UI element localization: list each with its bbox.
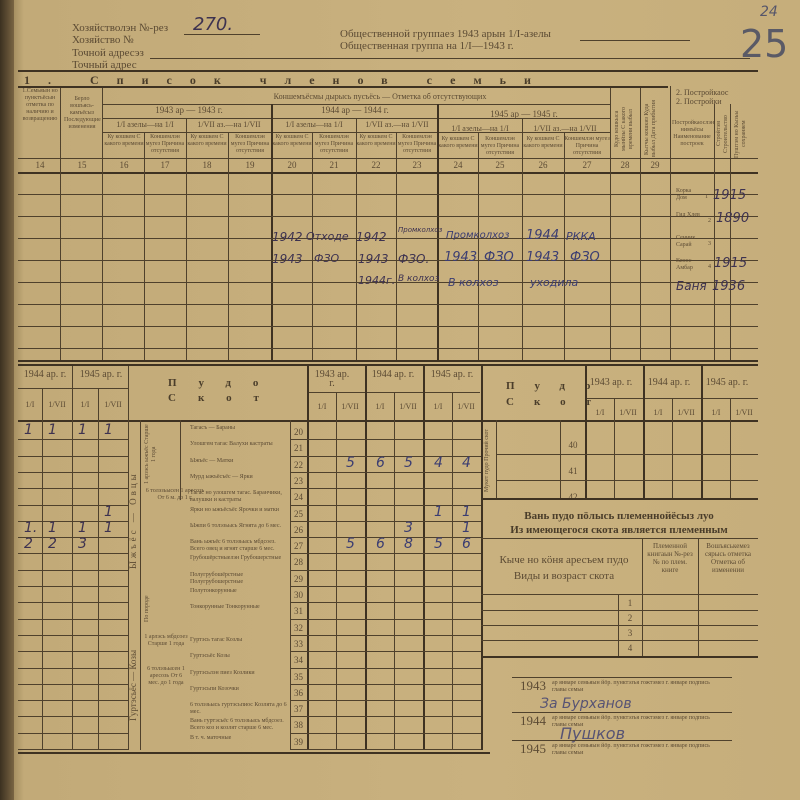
ls-left-1944: 1944 ар. г. <box>20 370 70 379</box>
ls-left-row-27-p2: 2 <box>48 536 57 552</box>
ls-mid-row-27-p3: 6 <box>376 536 385 552</box>
ls-row-25-no: 25 <box>290 509 307 519</box>
sign-1943-text: ар январе семьяын йӧр. пунктэзъя гожтэме… <box>552 680 722 694</box>
ls-row-34-label: Гуртэсьёс Козы <box>190 653 288 660</box>
ls-right-p4: 1/VII <box>672 408 700 417</box>
col29-label: Кытчы кошкиз Куда выбыл Дата прибытия <box>644 100 658 158</box>
book-spine <box>0 0 14 800</box>
ls-row-31-no: 31 <box>290 606 307 616</box>
building-3-no: 3 <box>708 241 711 248</box>
household-register-page: Хозяйстволэн №-рез 270. Хозяйство № Точн… <box>0 0 800 800</box>
col18-label: Ку кошкем С какого времени <box>186 134 228 148</box>
ls-mid-row-25-p5: 1 <box>434 504 443 520</box>
ls-left-row-26-p3: 1 <box>78 520 87 536</box>
ls-mid-p5: 1/I <box>424 402 452 411</box>
col27-label: Коншемлэн мугез Причина отсутствия <box>564 136 610 157</box>
household-no-label-udm: Хозяйстволэн №-рез <box>72 22 168 34</box>
ls-row-37-no: 37 <box>290 704 307 714</box>
col29-no: 29 <box>640 160 670 170</box>
ls-row-32-no: 32 <box>290 623 307 633</box>
building-1-no: 1 <box>705 194 708 201</box>
col25-no: 25 <box>478 160 522 170</box>
entry-row3-c20: 1942 <box>272 230 303 244</box>
entry-row3-c22: 1942 <box>356 230 387 244</box>
col22-no: 22 <box>356 160 396 170</box>
ls-row-26-no: 26 <box>290 525 307 535</box>
entry-row4-c24: 1943 <box>444 250 477 265</box>
ls-row-24-no: 24 <box>290 492 307 502</box>
col15-header: Берло вошъясь-камъёсыз Последующие измен… <box>64 96 100 131</box>
ls-group-sheep: Ыжъёс — Овцы <box>130 440 140 600</box>
ls-row-30-label: Полутонкорунные <box>190 588 288 595</box>
ls-group-goats: Гуртэсьёс — Козы <box>130 620 140 750</box>
ls-row-34-no: 34 <box>290 655 307 665</box>
section2-col-label: Постройкаослэн нимъёсы Наименование пост… <box>672 120 712 148</box>
entry-row5-c22: 1944г. <box>358 274 395 287</box>
entry-row4-c22: 1943 <box>358 252 389 266</box>
ls-right-side-label: Мукет пудо Прочий скот <box>484 424 496 496</box>
entry-row4-c21: ФЗО <box>314 252 339 265</box>
ls-row-36-no: 36 <box>290 688 307 698</box>
col20-label: Ку кошкем С какого времени <box>272 134 312 148</box>
absent-header: Коншемъёсмы дырысь пусъёсь — Отметка об … <box>230 92 530 101</box>
ls-mid-row-26-p6: 1 <box>462 520 471 536</box>
household-no-value: 270. <box>193 14 233 35</box>
col24-label: Ку кошкем С какого времени <box>438 136 478 150</box>
ls-left-row-20-p4: 1 <box>104 422 113 438</box>
building-2-no: 2 <box>708 218 711 225</box>
ls-right-1943: 1943 ар. г. <box>586 378 636 387</box>
ls-row-20-label: Тагасъ — Бараны <box>190 425 288 432</box>
col28-label: Кудо кошкыса мынӥзы С какого времени выб… <box>614 100 628 158</box>
ls-right-1945: 1945 ар. г. <box>702 378 752 387</box>
ls-sub-goats-6m: 6 толэзьысен 1 аресозь От 6 мес. до 1 го… <box>144 666 188 687</box>
ls-row-21-label: Улошгем тагас Валухи кастраты <box>190 441 288 448</box>
col16-no: 16 <box>104 160 144 170</box>
building-1-name: Корка Дом <box>676 188 700 202</box>
ls-row-39-label: В т. ч. маточные <box>190 735 288 742</box>
ls-row-38-label: Вань гуртэсьёс 6 толэзьысь мбдсоез. Всег… <box>190 718 288 732</box>
ls-row-28-label: Грубошёрстныелэн Грубошерстные <box>190 555 288 562</box>
building-4-year: 1915 <box>714 256 747 271</box>
ls-row-35-label: Гуртэсьлэн пиез Козлики <box>190 670 288 677</box>
col25-label: Коншемлэн мугез Причина отсутствия <box>478 136 522 157</box>
col23-no: 23 <box>396 160 438 170</box>
col14-header: 1.Семьяын но пунктъёсын отметка по налич… <box>20 88 60 123</box>
entry-row4-c20: 1943 <box>272 252 303 266</box>
ls-left-title-udm: Пудо <box>168 377 280 389</box>
period-1943-jul: 1/VII аз.—на 1/VII <box>186 120 272 129</box>
building-1-year: 1915 <box>713 188 746 203</box>
period-1944-jul: 1/VII аз.—на 1/VII <box>356 120 438 129</box>
ls-mid-1944: 1944 ар. г. <box>366 370 420 379</box>
ls-right-p2: 1/VII <box>614 408 642 417</box>
period-1943-jan: 1/I азелы—на 1/I <box>104 120 186 129</box>
ls-mid-p2: 1/VII <box>336 402 364 411</box>
ls-row-20-no: 20 <box>290 427 307 437</box>
ls-left-row-26-p2: 1 <box>48 520 57 536</box>
ls-mid-p3: 1/I <box>366 402 394 411</box>
entry-row3-c27: РККА <box>566 230 596 243</box>
breeding-title-ru: Из имеющегося скота является племенным <box>484 524 754 536</box>
col28-no: 28 <box>610 160 640 170</box>
ls-row-22-no: 22 <box>290 460 307 470</box>
ls-row-36-label: Гуртэсьпи Козочки <box>190 686 288 693</box>
ls-row-26-label: Ыжпи 6 толэзьысь Ягнята до 6 мес. <box>190 523 288 530</box>
ls-mid-row-27-p5: 5 <box>434 536 443 552</box>
breeding-row-4: 4 <box>620 643 640 653</box>
ls-right-p5: 1/I <box>702 408 730 417</box>
sign-1945-year: 1945 <box>520 741 546 757</box>
ls-row-27-label: Вань ыжъёс 6 толэзьысь мбдсоез. Всего ов… <box>190 539 288 553</box>
ls-row-37-label: 6 толэзьысь гуртэсьпиос Козлята до 6 мес… <box>190 702 288 716</box>
section2-title-udm: 2. Постройкаос <box>676 88 756 97</box>
section2-sub2: Пуштэм но Кызьы сохраняем <box>734 110 748 158</box>
section2-sub1: Стройтэм Строительство <box>716 110 728 158</box>
col27-no: 27 <box>564 160 610 170</box>
ls-row-23-no: 23 <box>290 476 307 486</box>
entry-row3-c26: 1944 <box>526 228 559 243</box>
ls-left-p1: 1/I <box>18 400 42 409</box>
ls-mid-p6: 1/VII <box>452 402 480 411</box>
breeding-title-udm: Вань пудо пӧлысь племеннойёсыз луо <box>484 510 754 522</box>
ls-row-42-no: 42 <box>562 492 584 502</box>
col22-label: Ку кошкем С какого времени <box>356 134 396 148</box>
entry-row4-c25: ФЗО <box>484 250 514 265</box>
col18-no: 18 <box>186 160 228 170</box>
entry-row3-c23: Промколхоз <box>398 226 438 234</box>
col26-no: 26 <box>522 160 564 170</box>
ls-left-title-ru: Скот <box>168 392 281 404</box>
col21-no: 21 <box>312 160 356 170</box>
ls-left-row-20-p2: 1 <box>48 422 57 438</box>
col19-no: 19 <box>228 160 272 170</box>
group-label-udm: Общественной группаез 1943 арын 1/I-азел… <box>340 28 551 40</box>
ls-mid-row-22-p3: 6 <box>376 455 385 471</box>
ls-mid-row-22-p6: 4 <box>462 455 471 471</box>
period-1944-jan: 1/I азелы—на 1/I <box>272 120 356 129</box>
ls-left-p3: 1/I <box>72 400 98 409</box>
ls-right-p6: 1/VII <box>730 408 758 417</box>
ls-mid-p4: 1/VII <box>394 402 422 411</box>
ls-right-p1: 1/I <box>586 408 614 417</box>
ls-mid-row-22-p4: 5 <box>404 455 413 471</box>
ls-row-33-label: Гуртэсь тагас Козлы <box>190 637 288 644</box>
col20-no: 20 <box>272 160 312 170</box>
ls-row-29-label: Полугрубошёрстные Полугрубошерстные <box>190 572 288 586</box>
ls-mid-row-22-p2: 5 <box>346 455 355 471</box>
entry-row3-c25: Промколхоз <box>446 230 509 241</box>
ls-left-row-26-p1: 1. <box>24 520 37 536</box>
col15-no: 15 <box>62 160 102 170</box>
building-2-name: Гид Хлев <box>676 212 700 219</box>
ls-sub-goats-over1: 1 арлэсь мбдсоез Старше 1 года <box>144 634 188 648</box>
breeding-row-2: 2 <box>620 613 640 623</box>
ls-row-41-no: 41 <box>562 466 584 476</box>
ls-row-28-no: 28 <box>290 557 307 567</box>
ls-row-29-no: 29 <box>290 574 307 584</box>
breeding-row-3: 3 <box>620 628 640 638</box>
section2-title-ru: 2. Постройки <box>676 97 756 106</box>
breeding-row-1: 1 <box>620 598 640 608</box>
sign-1943-signature: За Бурханов <box>540 696 632 712</box>
ls-row-24-label: Тагас но улошгем тагас. Баранчики, валуш… <box>190 490 288 504</box>
ls-row-22-label: Ыжъёс — Матки <box>190 458 288 465</box>
entry-row5-c25: В колхоз <box>448 276 499 289</box>
entry-row4-c23: ФЗО. <box>398 252 429 266</box>
ls-left-row-26-p4: 1 <box>104 520 113 536</box>
ls-row-33-no: 33 <box>290 639 307 649</box>
building-5-name: Баня <box>676 279 707 293</box>
building-3-name: Сенник Сарай <box>676 235 700 249</box>
ls-row-21-no: 21 <box>290 443 307 453</box>
ls-row-27-no: 27 <box>290 541 307 551</box>
ls-left-row-27-p1: 2 <box>24 536 33 552</box>
ls-mid-row-25-p6: 1 <box>462 504 471 520</box>
entry-row5-c26: уходила <box>530 276 578 289</box>
ls-row-23-label: Мурд ыжъёсъёс — Ярки <box>190 474 288 481</box>
sign-1943-year: 1943 <box>520 678 546 694</box>
ls-sub-age-over1: 1 арзэсь ыжъёс Старше 1 года <box>144 424 176 484</box>
ls-right-p3: 1/I <box>644 408 672 417</box>
group-label-ru: Общественная группа на 1/I—1943 г. <box>340 40 514 52</box>
household-no-label-ru: Хозяйство № <box>72 34 134 46</box>
year-1944-header: 1944 ар — 1944 г. <box>272 106 438 115</box>
ls-mid-row-27-p6: 6 <box>462 536 471 552</box>
ls-left-row-27-p3: 3 <box>78 536 87 552</box>
year-1943-header: 1943 ар — 1943 г. <box>104 106 274 115</box>
sign-1945-text: ар январе семьяын йӧр. пунктэзъя гожтэме… <box>552 743 722 757</box>
ls-row-30-no: 30 <box>290 590 307 600</box>
entry-row4-c27: ФЗО <box>570 250 600 265</box>
col16-label: Ку кошкем С какого времени <box>104 134 144 148</box>
ls-mid-1945: 1945 ар. г. <box>424 370 480 379</box>
ls-row-40-no: 40 <box>562 440 584 450</box>
page-number-small: 24 <box>760 4 778 20</box>
ls-row-38-no: 38 <box>290 720 307 730</box>
ls-left-row-20-p3: 1 <box>78 422 87 438</box>
ls-left-row-25-p4: 1 <box>104 504 113 520</box>
breeding-col-book: Племенной книгаын №-рез № по плем. книге <box>644 542 696 574</box>
ls-right-1944: 1944 ар. г. <box>644 378 694 387</box>
col17-no: 17 <box>144 160 186 170</box>
ls-mid-row-27-p2: 5 <box>346 536 355 552</box>
breeding-col-kind-udm: Кыче но кӧня аресъем пудо <box>484 554 644 566</box>
sign-1944-year: 1944 <box>520 713 546 729</box>
ls-row-35-no: 35 <box>290 672 307 682</box>
ls-left-p2: 1/VII <box>42 400 72 409</box>
ls-mid-1943: 1943 ар. г. <box>312 370 352 388</box>
ls-mid-row-27-p4: 8 <box>404 536 413 552</box>
ls-left-row-20-p1: 1 <box>24 422 33 438</box>
ls-row-39-no: 39 <box>290 737 307 747</box>
address-label-udm: Точной адресэз <box>72 47 144 59</box>
building-4-name: Кенос Амбар <box>676 258 704 272</box>
building-4-no: 4 <box>708 264 711 271</box>
entry-row5-c23: В колхоз <box>398 274 439 284</box>
col19-label: Коншемлэн мугез Причина отсутствия <box>228 134 272 155</box>
entry-row3-c21: Отходе <box>306 230 349 243</box>
breeding-col-change: Вошъяськемез сярысь отметка Отметка об и… <box>700 542 756 574</box>
ls-row-31-label: Тонкорунные Тонкорунные <box>190 604 288 611</box>
ls-left-1945: 1945 ар. г. <box>74 370 128 379</box>
ls-row-25-label: Ярки но ыжъёсъёс Ярочки и матки <box>190 507 288 514</box>
col26-label: Ку кошкем С какого времени <box>522 136 564 150</box>
col14-no: 14 <box>20 160 60 170</box>
ls-mid-p1: 1/I <box>308 402 336 411</box>
page-number-large: 25 <box>740 22 788 66</box>
ls-mid-row-26-p4: 3 <box>404 520 413 536</box>
ls-sub-by-breed: По породе <box>144 586 158 632</box>
building-5-year: 1936 <box>712 279 745 294</box>
col24-no: 24 <box>438 160 478 170</box>
building-2-year: 1890 <box>716 211 749 226</box>
col23-label: Коншемлэн мугез Причина отсутствия <box>396 134 438 155</box>
col17-label: Коншемлэн мугез Причина отсутствия <box>144 134 186 155</box>
ls-mid-row-22-p5: 4 <box>434 455 443 471</box>
col21-label: Коншемлэн мугез Причина отсутствия <box>312 134 356 155</box>
entry-row4-c26: 1943 <box>526 250 559 265</box>
ls-left-p4: 1/VII <box>98 400 128 409</box>
breeding-col-kind-ru: Виды и возраст скота <box>484 570 644 582</box>
